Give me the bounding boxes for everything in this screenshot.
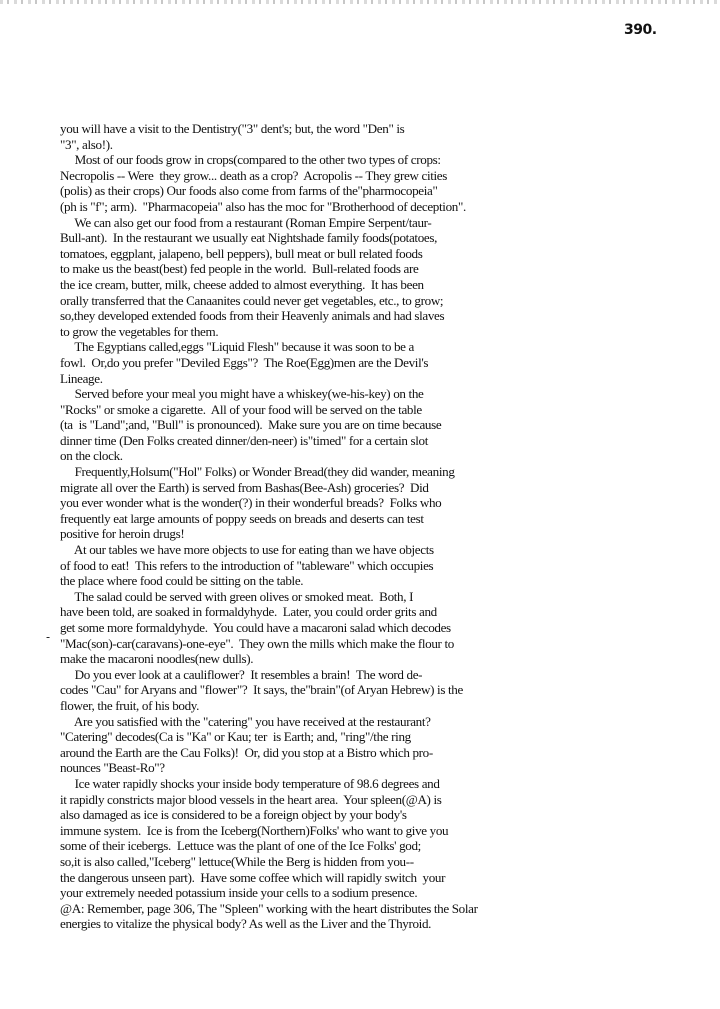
text-line: Bull-ant). In the restaurant we usually … bbox=[60, 230, 680, 246]
text-line: flower, the fruit, of his body. bbox=[60, 698, 680, 714]
text-line: also damaged as ice is considered to be … bbox=[60, 807, 680, 823]
text-line: so,it is also called,"Iceberg" lettuce(W… bbox=[60, 854, 680, 870]
text-line: At our tables we have more objects to us… bbox=[60, 542, 680, 558]
text-line: it rapidly constricts major blood vessel… bbox=[60, 792, 680, 808]
text-line: fowl. Or,do you prefer "Deviled Eggs"? T… bbox=[60, 355, 680, 371]
text-line: have been told, are soaked in formaldyhy… bbox=[60, 604, 680, 620]
text-line: frequently eat large amounts of poppy se… bbox=[60, 511, 680, 527]
text-line: immune system. Ice is from the Iceberg(N… bbox=[60, 823, 680, 839]
page-number: 390. bbox=[624, 22, 657, 38]
text-line: you ever wonder what is the wonder(?) in… bbox=[60, 495, 680, 511]
text-line: to make us the beast(best) fed people in… bbox=[60, 261, 680, 277]
text-line: Most of our foods grow in crops(compared… bbox=[60, 152, 680, 168]
text-line: of food to eat! This refers to the intro… bbox=[60, 558, 680, 574]
text-line: make the macaroni noodles(new dulls). bbox=[60, 651, 680, 667]
document-body: you will have a visit to the Dentistry("… bbox=[60, 121, 680, 932]
margin-mark: - bbox=[46, 630, 50, 644]
text-line: some of their icebergs. Lettuce was the … bbox=[60, 838, 680, 854]
text-line: "Rocks" or smoke a cigarette. All of you… bbox=[60, 402, 680, 418]
text-line: on the clock. bbox=[60, 448, 680, 464]
text-line: Are you satisfied with the "catering" yo… bbox=[60, 714, 680, 730]
scan-edge-artifact bbox=[0, 0, 720, 4]
text-line: dinner time (Den Folks created dinner/de… bbox=[60, 433, 680, 449]
text-line: your extremely needed potassium inside y… bbox=[60, 885, 680, 901]
text-line: to grow the vegetables for them. bbox=[60, 324, 680, 340]
text-line: Ice water rapidly shocks your inside bod… bbox=[60, 776, 680, 792]
text-line: get some more formaldyhyde. You could ha… bbox=[60, 620, 680, 636]
text-line: "Catering" decodes(Ca is "Ka" or Kau; te… bbox=[60, 729, 680, 745]
text-line: positive for heroin drugs! bbox=[60, 526, 680, 542]
text-line: tomatoes, eggplant, jalapeno, bell peppe… bbox=[60, 246, 680, 262]
text-line: Do you ever look at a cauliflower? It re… bbox=[60, 667, 680, 683]
text-line: Necropolis -- Were they grow... death as… bbox=[60, 168, 680, 184]
text-line: around the Earth are the Cau Folks)! Or,… bbox=[60, 745, 680, 761]
text-line: the ice cream, butter, milk, cheese adde… bbox=[60, 277, 680, 293]
text-line: the dangerous unseen part). Have some co… bbox=[60, 870, 680, 886]
text-line: The salad could be served with green oli… bbox=[60, 589, 680, 605]
text-line: migrate all over the Earth) is served fr… bbox=[60, 480, 680, 496]
text-line: "3", also!). bbox=[60, 137, 680, 153]
text-line: (ta is "Land";and, "Bull" is pronounced)… bbox=[60, 417, 680, 433]
text-line: @A: Remember, page 306, The "Spleen" wor… bbox=[60, 901, 680, 917]
text-line: nounces "Beast-Ro"? bbox=[60, 760, 680, 776]
text-line: codes "Cau" for Aryans and "flower"? It … bbox=[60, 682, 680, 698]
text-line: you will have a visit to the Dentistry("… bbox=[60, 121, 680, 137]
text-line: The Egyptians called,eggs "Liquid Flesh"… bbox=[60, 339, 680, 355]
text-line: We can also get our food from a restaura… bbox=[60, 215, 680, 231]
text-line: orally transferred that the Canaanites c… bbox=[60, 293, 680, 309]
text-line: Frequently,Holsum("Hol" Folks) or Wonder… bbox=[60, 464, 680, 480]
text-line: Lineage. bbox=[60, 371, 680, 387]
text-line: "Mac(son)-car(caravans)-one-eye". They o… bbox=[60, 636, 680, 652]
text-line: (ph is "f"; arm). "Pharmacopeia" also ha… bbox=[60, 199, 680, 215]
text-line: so,they developed extended foods from th… bbox=[60, 308, 680, 324]
text-line: (polis) as their crops) Our foods also c… bbox=[60, 183, 680, 199]
text-line: the place where food could be sitting on… bbox=[60, 573, 680, 589]
text-line: energies to vitalize the physical body? … bbox=[60, 916, 680, 932]
text-line: Served before your meal you might have a… bbox=[60, 386, 680, 402]
